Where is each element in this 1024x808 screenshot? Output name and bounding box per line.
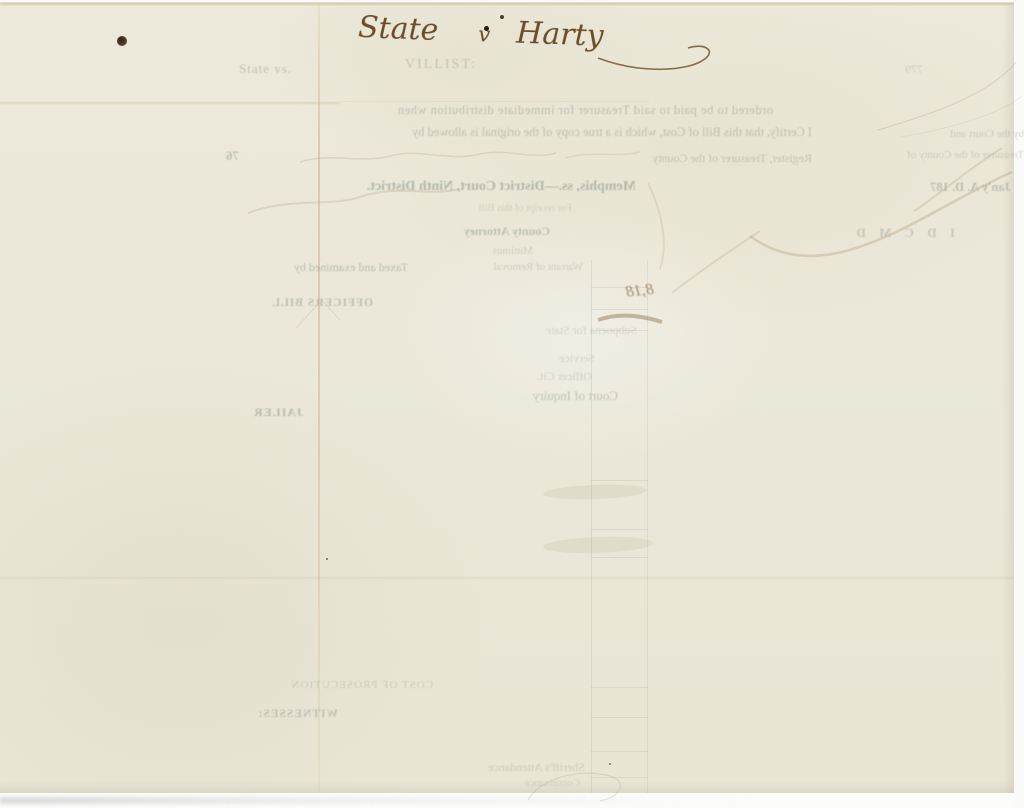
bleedthrough-witnesses: WITNESSES:: [226, 708, 338, 721]
bleedthrough-sheriffs-attendance: Sheriff's Attendance: [410, 761, 585, 774]
table-cell-divider: [591, 751, 648, 752]
bleedthrough-stamp-letters: I D C M D: [830, 226, 955, 240]
bleedthrough-service: Service: [465, 352, 595, 365]
horizontal-crease-lower: [0, 577, 1014, 579]
bleedthrough-line-court-heading: Memphis, ss.—District Court, Ninth Distr…: [234, 179, 636, 194]
bleedthrough-cost-of-prosecution: COST OF PROSECUTION: [228, 679, 433, 691]
bleedthrough-line-treasurer: ordered to be paid to said Treasurer for…: [225, 104, 773, 118]
table-cell-divider: [591, 777, 648, 778]
offset-text-caption: VILLIST:: [405, 57, 477, 72]
bleedthrough-subpoena: Subpoena for State: [462, 324, 637, 337]
bleedthrough-officer-cit: Officer Cit.: [462, 370, 592, 383]
bleedthrough-number: 779: [905, 63, 923, 76]
table-column-line-right: [647, 260, 648, 793]
bleedthrough-court-and: by the Court and: [856, 128, 1024, 140]
scan-right-margin: [1014, 0, 1024, 808]
bleedthrough-continuance: Continuance: [425, 777, 580, 789]
scanned-document: State vs. VILLIST: 779 ordered to be pai…: [0, 0, 1024, 808]
table-cell-divider: [591, 557, 648, 558]
vertical-fold-crease: [318, 4, 320, 793]
bleedthrough-court-of-inquiry: Court of Inquiry: [458, 389, 618, 403]
paper-top-edge: [0, 2, 1014, 5]
bleedthrough-taxed-examined: Taxed and examined by: [230, 261, 408, 274]
offset-text-state-vs: State vs.: [239, 62, 292, 76]
bleedthrough-officers-bill: OFFICERS BILL: [228, 297, 373, 310]
ink-speck: [484, 26, 489, 31]
bleedthrough-date: Jan'y A. D. 187: [806, 181, 1011, 195]
bleedthrough-number-76: 76: [226, 149, 239, 163]
table-cell-divider: [591, 529, 648, 530]
handwritten-word-state: State: [357, 10, 438, 48]
bleedthrough-warrant: Warrant of Removal: [428, 261, 583, 273]
ink-speck: [326, 558, 328, 560]
bleedthrough-line-certify: I Certify, that this Bill of Cost, which…: [232, 126, 812, 140]
bleedthrough-county-of: Treasurer of the County of: [850, 149, 1024, 161]
table-cell-divider: [591, 687, 648, 688]
bleedthrough-mittimus: Mittimus: [428, 245, 533, 257]
ink-speck: [500, 15, 504, 19]
bleedthrough-jailer: JAILER: [228, 406, 303, 419]
table-cell-divider: [591, 717, 648, 718]
scan-bottom-shadow: [0, 797, 760, 804]
handwritten-word-defendant: Harty: [516, 16, 605, 54]
table-column-line-left: [591, 260, 592, 793]
paper-right-edge-shade: [1002, 3, 1014, 793]
bleedthrough-county-attorney: County Attorney: [425, 225, 550, 238]
table-cell-divider: [591, 480, 648, 481]
table-cell-divider: [591, 309, 648, 310]
ink-blot: [117, 36, 127, 46]
scan-top-margin: [0, 0, 1024, 2]
bleedthrough-receipt: For receipt of this Bill: [412, 203, 572, 215]
ink-speck: [609, 763, 611, 765]
horizontal-crease-upper-faint: [340, 101, 650, 102]
bleedthrough-line-register: Register, Treasurer of the County: [556, 152, 812, 165]
